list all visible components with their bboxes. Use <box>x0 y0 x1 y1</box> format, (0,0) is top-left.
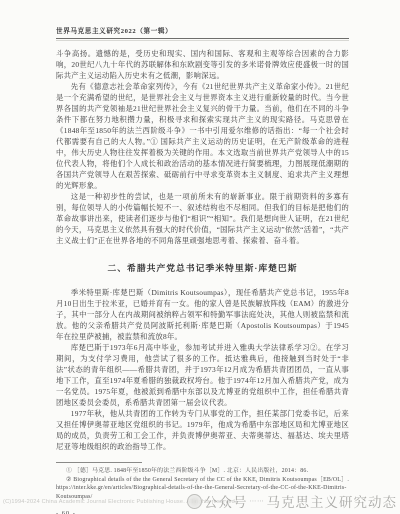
watermark-name: 马克思主义研究动态 <box>267 491 398 511</box>
section-heading: 二、希腊共产党总书记季米特里斯·库楚巴斯 <box>56 261 349 274</box>
page-footer: (C)1994-2024 China Academic Journal Elec… <box>0 484 400 514</box>
seal-icon <box>187 494 202 509</box>
watermark: 公众号 ⋯⋯ 马克思主义研究动态 <box>187 491 397 511</box>
intro-paragraph-1: 斗争高扬。遗憾的是，受历史和现实、国内和国际、客观和主观等综合因素的合力影响，2… <box>56 48 349 81</box>
section-paragraph-2: 库楚巴斯于1973年6月高中毕业，参加考试并进入雅典大学法律系学习②。在学习期间… <box>56 342 349 408</box>
footnote-1: ① ［德］马克思. 1848年至1850年的法兰西阶级斗争［M］. 北京：人民出… <box>56 467 349 476</box>
intro-paragraph-2: 先有《德意志社会革命家列传》，今有《21世纪世界共产主义革命家小传》。21世纪是… <box>56 81 349 191</box>
footnote-separator <box>56 462 142 463</box>
header-rule <box>56 38 349 41</box>
page-header: 世界马克思主义研究2022（第一辑） <box>56 25 349 41</box>
running-head: 世界马克思主义研究2022（第一辑） <box>56 25 349 35</box>
section-paragraph-1: 季米特里斯·库楚巴斯（Dimitris Koutsoumpas），现任希腊共产党… <box>56 287 349 342</box>
watermark-separator: ⋯⋯ <box>250 497 265 505</box>
watermark-prefix: 公众号 <box>204 491 248 511</box>
page-content: 世界马克思主义研究2022（第一辑） 斗争高扬。遗憾的是，受历史和现实、国内和国… <box>56 25 349 514</box>
journal-page: 世界马克思主义研究2022（第一辑） 斗争高扬。遗憾的是，受历史和现实、国内和国… <box>0 0 400 514</box>
section-paragraph-3: 1977年秋，他从共青团的工作转为专门从事党的工作，担任某部门党委书记，后来又担… <box>56 408 349 452</box>
intro-paragraph-3: 这是一种初步性的尝试，也是一项前所未有的崭新事业。限于前期资料的多寡有别，每位领… <box>56 191 349 246</box>
article-body: 斗争高扬。遗憾的是，受历史和现实、国内和国际、客观和主观等综合因素的合力影响，2… <box>56 48 349 514</box>
